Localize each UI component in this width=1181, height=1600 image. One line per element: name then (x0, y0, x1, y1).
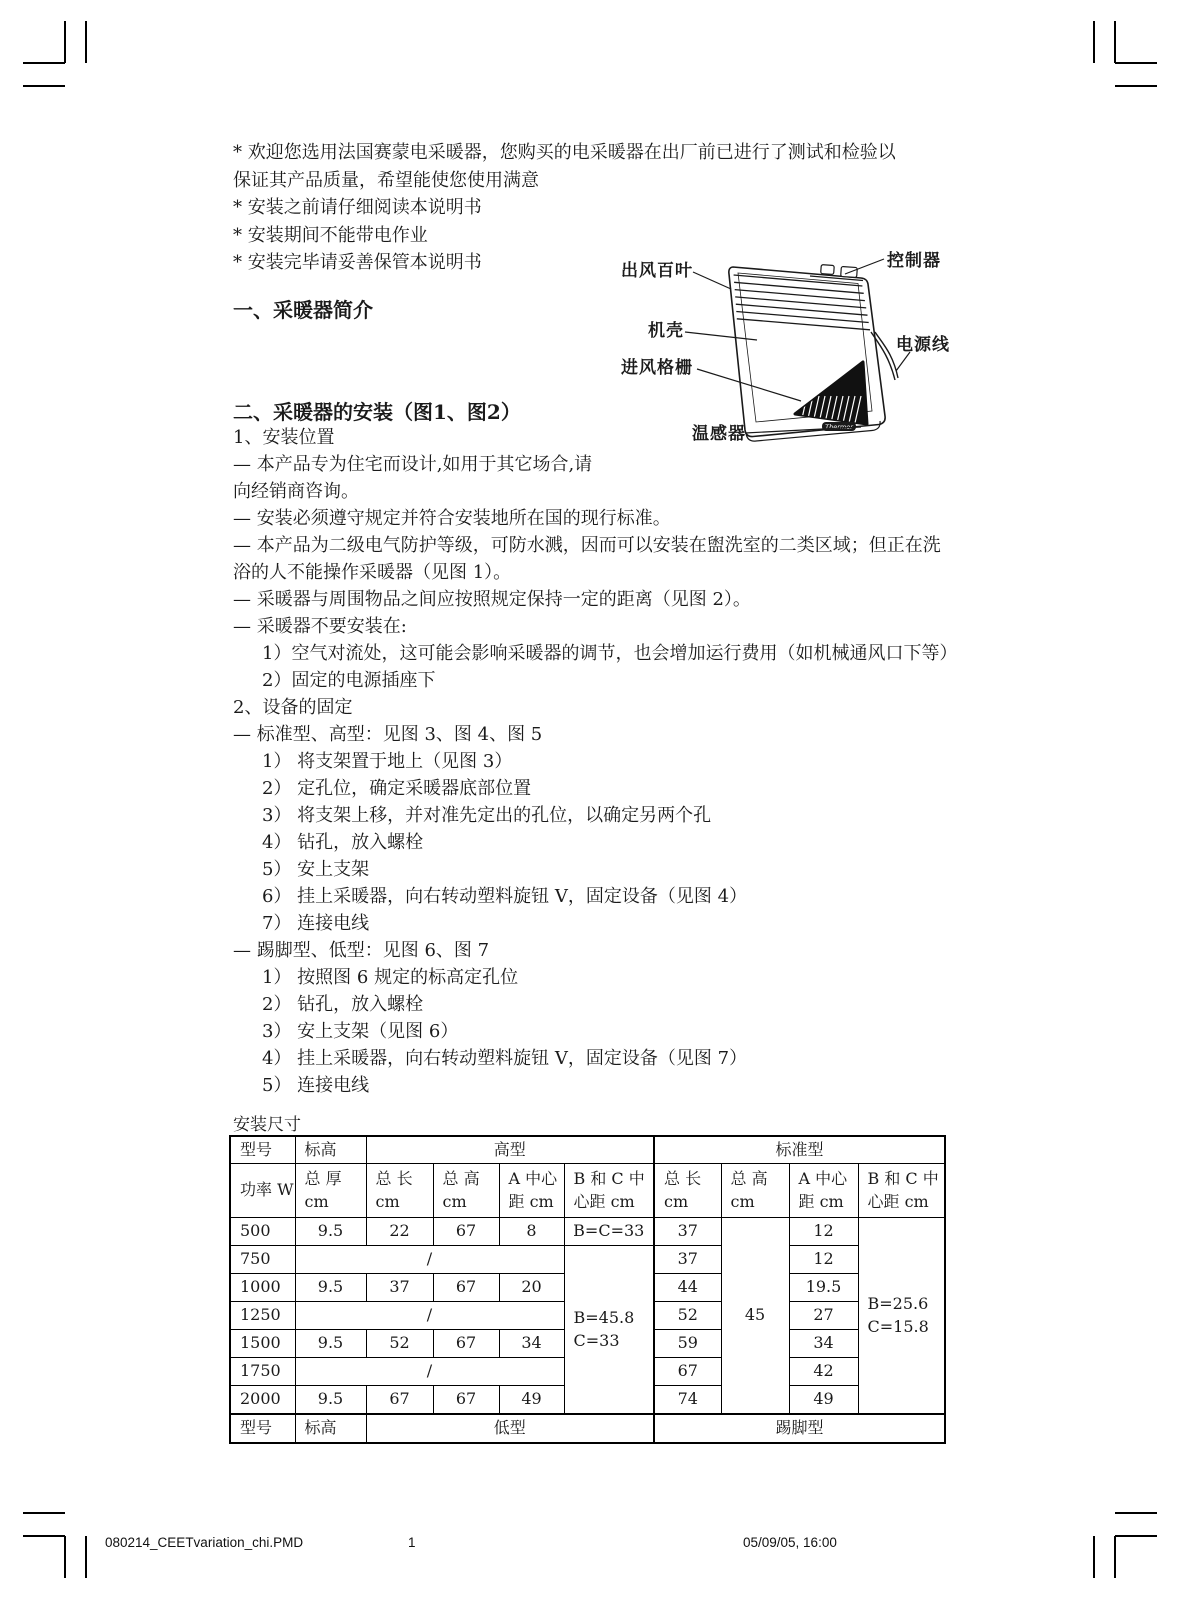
table-cell: 49 (789, 1386, 858, 1415)
crop-mark (23, 1512, 65, 1514)
table-cell: 9.5 (295, 1218, 366, 1246)
footer-page-number: 1 (408, 1535, 416, 1550)
section2-title: 二、采暖器的安装（图1、图2） (233, 396, 521, 425)
diagram-label: 进风格栅 (621, 353, 693, 378)
table-cell: 1500 (230, 1330, 295, 1358)
table-cell: 59 (654, 1330, 721, 1358)
crop-mark (1115, 62, 1157, 64)
table-cell: 52 (366, 1330, 433, 1358)
install-line: 2） 钻孔，放入螺栓 (233, 991, 933, 1018)
crop-mark (85, 1536, 87, 1578)
intro-line: * 安装之前请仔细阅读本说明书 (233, 194, 933, 222)
table-cell: 1000 (230, 1274, 295, 1302)
table-cell: 27 (789, 1302, 858, 1330)
table-cell: 总 长 cm (654, 1164, 721, 1218)
table-cell: 高型 (366, 1136, 654, 1164)
table-row: 功率 W总 厚 cm总 长 cm总 高 cmA 中心 距 cmB 和 C 中 心… (230, 1164, 945, 1218)
table-row: 5009.522678B=C=33374512B=25.6 C=15.8 (230, 1218, 945, 1246)
section1-title: 一、采暖器简介 (233, 294, 373, 323)
table-cell: 9.5 (295, 1386, 366, 1415)
table-cell: 踢脚型 (654, 1414, 945, 1443)
install-line: 7） 连接电线 (233, 910, 933, 937)
table-cell: 37 (366, 1274, 433, 1302)
install-line: 4） 钻孔，放入螺栓 (233, 829, 933, 856)
table-cell: / (295, 1358, 564, 1386)
table-cell: 标高 (295, 1414, 366, 1443)
table-cell: B 和 C 中 心距 cm (858, 1164, 945, 1218)
diagram-label: 温感器 (692, 419, 746, 444)
table-cell: B 和 C 中 心距 cm (564, 1164, 654, 1218)
table-cell: 49 (499, 1386, 564, 1415)
install-line: 1）空气对流处，这可能会影响采暖器的调节，也会增加运行费用（如机械通风口下等） (233, 640, 933, 667)
table-cell: 总 高 cm (721, 1164, 789, 1218)
crop-mark (23, 1535, 65, 1537)
footer-datetime: 05/09/05, 16:00 (743, 1535, 837, 1550)
table-cell: 功率 W (230, 1164, 295, 1218)
table-cell: 42 (789, 1358, 858, 1386)
table-cell: 67 (433, 1386, 499, 1415)
table-cell: 总 厚 cm (295, 1164, 366, 1218)
install-line: 2）固定的电源插座下 (233, 667, 933, 694)
document-page: * 欢迎您选用法国赛蒙电采暖器，您购买的电采暖器在出厂前已进行了测试和检验以保证… (0, 0, 1181, 1600)
table-cell: 标高 (295, 1136, 366, 1164)
table-cell: 标准型 (654, 1136, 945, 1164)
table-cell: B=C=33 (564, 1218, 654, 1246)
table-cell: 9.5 (295, 1330, 366, 1358)
table-cell: 67 (654, 1358, 721, 1386)
crop-mark (1093, 1536, 1095, 1578)
install-line: — 采暖器不要安装在: (233, 613, 933, 640)
dimensions-table: 型号标高高型标准型功率 W总 厚 cm总 长 cm总 高 cmA 中心 距 cm… (229, 1135, 946, 1444)
intro-line: 保证其产品质量，希望能使您使用满意 (233, 167, 933, 195)
table-cell: 19.5 (789, 1274, 858, 1302)
crop-mark (1114, 1536, 1116, 1578)
table-cell: 12 (789, 1218, 858, 1246)
table-cell: A 中心 距 cm (499, 1164, 564, 1218)
diagram-label: 机壳 (648, 316, 684, 341)
install-line: — 采暖器与周围物品之间应按照规定保持一定的距离（见图 2）。 (233, 586, 933, 613)
install-line: 5） 连接电线 (233, 1072, 933, 1099)
table-cell: 45 (721, 1218, 789, 1415)
table-cell: 总 高 cm (433, 1164, 499, 1218)
crop-mark (64, 1536, 66, 1578)
install-line: 浴的人不能操作采暖器（见图 1）。 (233, 559, 933, 586)
table-cell: B=45.8 C=33 (564, 1246, 654, 1415)
install-line: 1） 将支架置于地上（见图 3） (233, 748, 933, 775)
table-cell: / (295, 1246, 564, 1274)
install-line: 3） 安上支架（见图 6） (233, 1018, 933, 1045)
table-cell: 52 (654, 1302, 721, 1330)
footer-filename: 080214_CEETvariation_chi.PMD (105, 1535, 303, 1550)
table-title: 安装尺寸 (233, 1110, 301, 1135)
table-cell: 22 (366, 1218, 433, 1246)
table-cell: 1750 (230, 1358, 295, 1386)
table-cell: A 中心 距 cm (789, 1164, 858, 1218)
table-cell: 34 (789, 1330, 858, 1358)
diagram-label: 出风百叶 (621, 256, 693, 281)
table-cell: 37 (654, 1218, 721, 1246)
table-cell: 34 (499, 1330, 564, 1358)
install-line: — 踢脚型、低型：见图 6、图 7 (233, 937, 933, 964)
table-cell: 2000 (230, 1386, 295, 1415)
diagram-label: 电源线 (896, 330, 950, 355)
table-cell: 67 (366, 1386, 433, 1415)
crop-mark (1114, 21, 1116, 63)
install-line: 向经销商咨询。 (233, 478, 933, 505)
table-row: 750/B=45.8 C=333712 (230, 1246, 945, 1274)
table-cell: 750 (230, 1246, 295, 1274)
crop-mark (85, 21, 87, 63)
crop-mark (1093, 21, 1095, 63)
table-cell: / (295, 1302, 564, 1330)
table-cell: B=25.6 C=15.8 (858, 1218, 945, 1415)
table-cell: 12 (789, 1246, 858, 1274)
table-cell: 低型 (366, 1414, 654, 1443)
table-cell: 67 (433, 1274, 499, 1302)
table-body: 型号标高高型标准型功率 W总 厚 cm总 长 cm总 高 cmA 中心 距 cm… (230, 1136, 945, 1443)
table-cell: 74 (654, 1386, 721, 1415)
table-cell: 67 (433, 1330, 499, 1358)
intro-line: * 欢迎您选用法国赛蒙电采暖器，您购买的电采暖器在出厂前已进行了测试和检验以 (233, 139, 933, 167)
table-row: 型号标高低型踢脚型 (230, 1414, 945, 1443)
table-cell: 67 (433, 1218, 499, 1246)
install-line: 2） 定孔位，确定采暖器底部位置 (233, 775, 933, 802)
crop-mark (23, 62, 65, 64)
install-line: — 本产品专为住宅而设计,如用于其它场合,请 (233, 451, 933, 478)
table-cell: 37 (654, 1246, 721, 1274)
table-cell: 1250 (230, 1302, 295, 1330)
crop-mark (1115, 1535, 1157, 1537)
table-row: 型号标高高型标准型 (230, 1136, 945, 1164)
install-line: 3） 将支架上移，并对准先定出的孔位，以确定另两个孔 (233, 802, 933, 829)
crop-mark (1115, 85, 1157, 87)
install-line: 2、设备的固定 (233, 694, 933, 721)
table-cell: 总 长 cm (366, 1164, 433, 1218)
install-line: 5） 安上支架 (233, 856, 933, 883)
install-block: 1、安装位置— 本产品专为住宅而设计,如用于其它场合,请向经销商咨询。— 安装必… (233, 424, 933, 1099)
install-line: — 安装必须遵守规定并符合安装地所在国的现行标准。 (233, 505, 933, 532)
install-line: 4） 挂上采暖器，向右转动塑料旋钮 V，固定设备（见图 7） (233, 1045, 933, 1072)
crop-mark (23, 85, 65, 87)
table-cell: 500 (230, 1218, 295, 1246)
install-line: — 标准型、高型：见图 3、图 4、图 5 (233, 721, 933, 748)
crop-mark (64, 21, 66, 63)
table-cell: 9.5 (295, 1274, 366, 1302)
heater-diagram: Thermor 出风百叶机壳进风格栅温感器控制器电源线 (605, 240, 970, 455)
install-line: 6） 挂上采暖器，向右转动塑料旋钮 V，固定设备（见图 4） (233, 883, 933, 910)
table-cell: 8 (499, 1218, 564, 1246)
install-line: 1） 按照图 6 规定的标高定孔位 (233, 964, 933, 991)
table-cell: 型号 (230, 1136, 295, 1164)
diagram-label: 控制器 (887, 246, 941, 271)
table-cell: 20 (499, 1274, 564, 1302)
table-cell: 44 (654, 1274, 721, 1302)
install-line: — 本产品为二级电气防护等级，可防水溅，因而可以安装在盥洗室的二类区域；但正在洗 (233, 532, 933, 559)
table-cell: 型号 (230, 1414, 295, 1443)
crop-mark (1115, 1512, 1157, 1514)
